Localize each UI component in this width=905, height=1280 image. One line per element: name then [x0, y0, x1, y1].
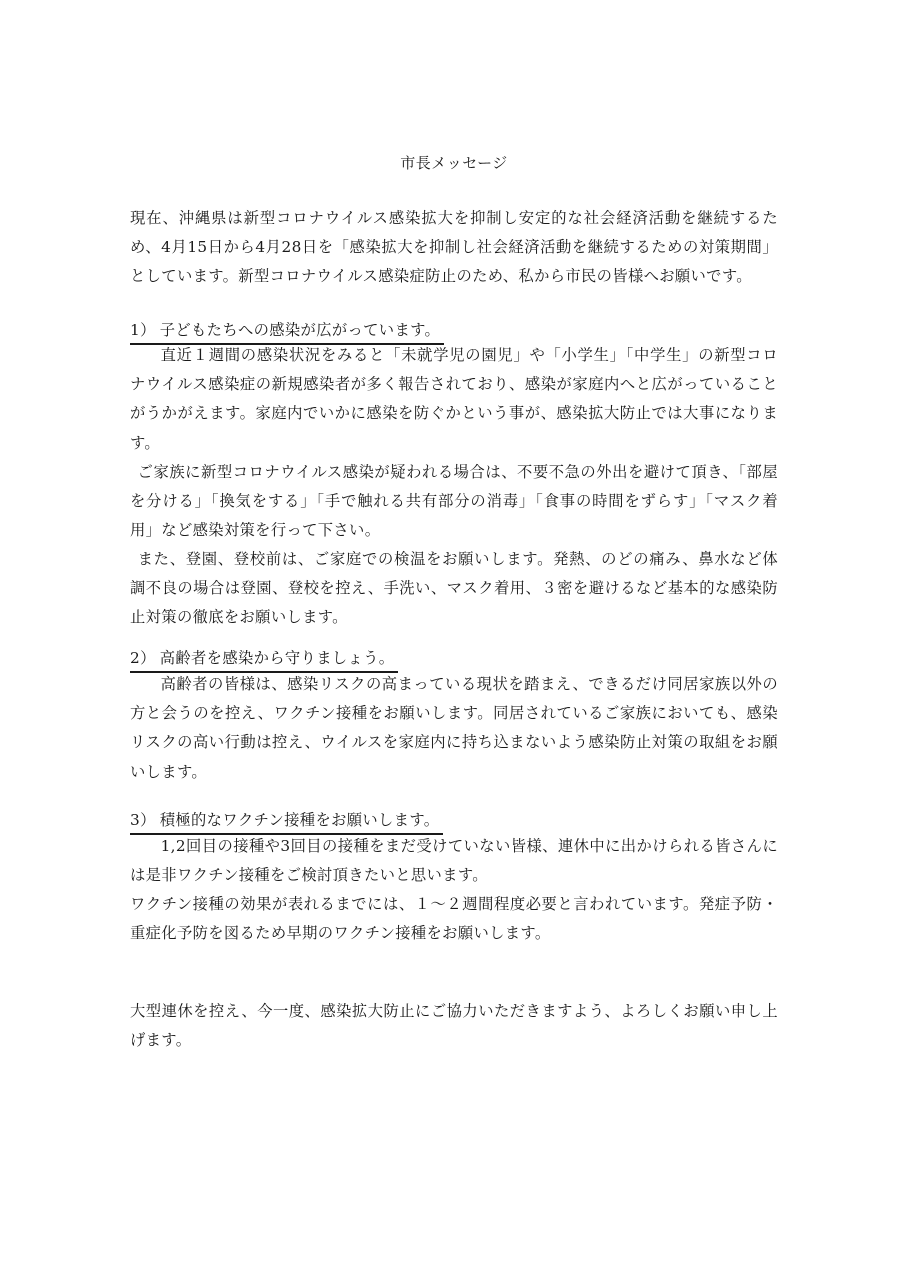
section-3-paragraph-2: ワクチン接種の効果が表れるまでには、１～２週間程度必要と言われています。発症予防… — [130, 890, 778, 948]
section-3-number: 3） — [130, 811, 156, 829]
section-1-heading-text: 子どもたちへの感染が広がっています。 — [160, 321, 440, 339]
section-3-paragraph-1: 1,2回目の接種や3回目の接種をまだ受けていない皆様、連休中に出かけられる皆さん… — [130, 832, 778, 890]
document-title: 市長メッセージ — [130, 152, 778, 173]
section-1-paragraph-2: ご家族に新型コロナウイルス感染が疑われる場合は、不要不急の外出を避けて頂き、「部… — [130, 458, 778, 546]
section-2-paragraph-1: 高齢者の皆様は、感染リスクの高まっている現状を踏まえ、できるだけ同居家族以外の方… — [130, 670, 778, 787]
section-1-paragraph-3: また、登園、登校前は、ご家庭での検温をお願いします。発熱、のどの痛み、鼻水など体… — [130, 545, 778, 633]
section-1-paragraph-1: 直近１週間の感染状況をみると「未就学児の園児」や「小学生」「中学生」の新型コロナ… — [130, 341, 778, 458]
section-3-heading-text: 積極的なワクチン接種をお願いします。 — [160, 811, 440, 829]
closing-paragraph: 大型連休を控え、今一度、感染拡大防止にご協力いただきますよう、よろしくお願い申し… — [130, 997, 778, 1055]
section-2-heading: 2）高齢者を感染から守りましょう。 — [130, 646, 398, 673]
intro-paragraph: 現在、沖縄県は新型コロナウイルス感染拡大を抑制し安定的な社会経済活動を継続するた… — [130, 204, 778, 292]
section-1-number: 1） — [130, 321, 156, 339]
section-3-heading: 3）積極的なワクチン接種をお願いします。 — [130, 808, 443, 835]
section-2-heading-text: 高齢者を感染から守りましょう。 — [160, 649, 395, 667]
section-2-number: 2） — [130, 649, 156, 667]
